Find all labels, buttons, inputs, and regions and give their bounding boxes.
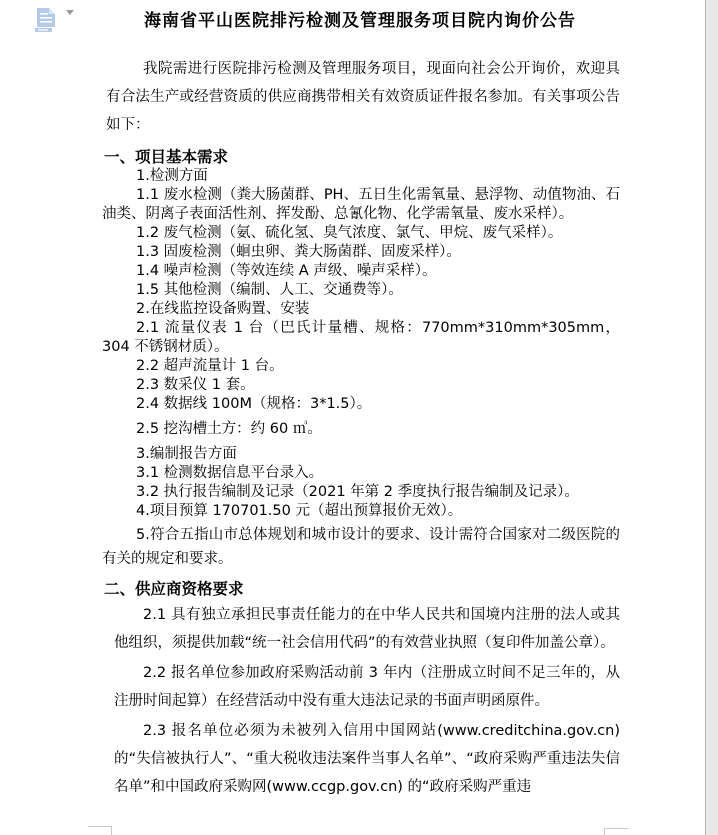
paragraph: 2.3 数采仪 1 套。 — [102, 376, 620, 395]
text-boundary-mark-left — [88, 826, 112, 835]
paragraph: 一、项目基本需求 — [104, 147, 620, 167]
paragraph: 3.1 检测数据信息平台录入。 — [102, 464, 620, 483]
document-title: 海南省平山医院排污检测及管理服务项目院内询价公告 — [100, 10, 620, 32]
chevron-down-icon — [66, 15, 76, 34]
paragraph: 1.检测方面 — [102, 167, 620, 186]
paragraph: 2.1 流量仪表 1 台（巴氏计量槽、规格：770mm*310mm*305mm，… — [102, 319, 620, 357]
paragraph: 我院需进行医院排污检测及管理服务项目，现面向社会公开询价，欢迎具有合法生产或经营… — [106, 55, 620, 139]
paragraph: 3.2 执行报告编制及记录（2021 年第 2 季度执行报告编制及记录）。 — [102, 483, 620, 502]
paragraph: 2.在线监控设备购置、安装 — [102, 300, 620, 319]
document-content: 海南省平山医院排污检测及管理服务项目院内询价公告 我院需进行医院排污检测及管理服… — [100, 0, 620, 801]
paragraph: 1.5 其他检测（编制、人工、交通费等）。 — [102, 281, 620, 300]
paragraph: 2.2 超声流量计 1 台。 — [102, 357, 620, 376]
paragraph: 5.符合五指山市总体规划和城市设计的要求、设计需符合国家对二级医院的有关的规定和… — [102, 523, 620, 571]
paragraph: 二、供应商资格要求 — [104, 579, 620, 599]
paste-options-icon — [35, 7, 58, 37]
paragraph: 1.1 废水检测（粪大肠菌群、PH、五日生化需氧量、悬浮物、动值物油、石油类、阴… — [102, 186, 620, 224]
paragraph: 2.2 报名单位参加政府采购活动前 3 年内（注册成立时间不足三年的，从注册时间… — [114, 659, 620, 715]
paragraph: 2.3 报名单位必须为未被列入信用中国网站(www.creditchina.go… — [114, 717, 620, 801]
paragraph: 1.2 废气检测（氨、硫化氢、臭气浓度、氯气、甲烷、废气采样）。 — [102, 224, 620, 243]
paste-options-button[interactable] — [33, 5, 81, 35]
document-page: 海南省平山医院排污检测及管理服务项目院内询价公告 我院需进行医院排污检测及管理服… — [0, 0, 706, 835]
paragraph: 1.4 噪声检测（等效连续 A 声级、噪声采样）。 — [102, 262, 620, 281]
paragraph: 1.3 固废检测（蛔虫卵、粪大肠菌群、固废采样）。 — [102, 243, 620, 262]
document-body: 我院需进行医院排污检测及管理服务项目，现面向社会公开询价，欢迎具有合法生产或经营… — [100, 55, 620, 801]
paragraph: 4.项目预算 170701.50 元（超出预算报价无效）。 — [102, 502, 620, 521]
text-boundary-mark-right — [604, 828, 628, 835]
paragraph: 2.4 数据线 100M（规格：3*1.5）。 — [102, 395, 620, 414]
paragraph: 2.1 具有独立承担民事责任能力的在中华人民共和国境内注册的法人或其他组织，须提… — [114, 601, 620, 657]
paragraph: 3.编制报告方面 — [102, 445, 620, 464]
paragraph: 2.5 挖沟槽土方：约 60 ㎥。 — [102, 420, 620, 439]
